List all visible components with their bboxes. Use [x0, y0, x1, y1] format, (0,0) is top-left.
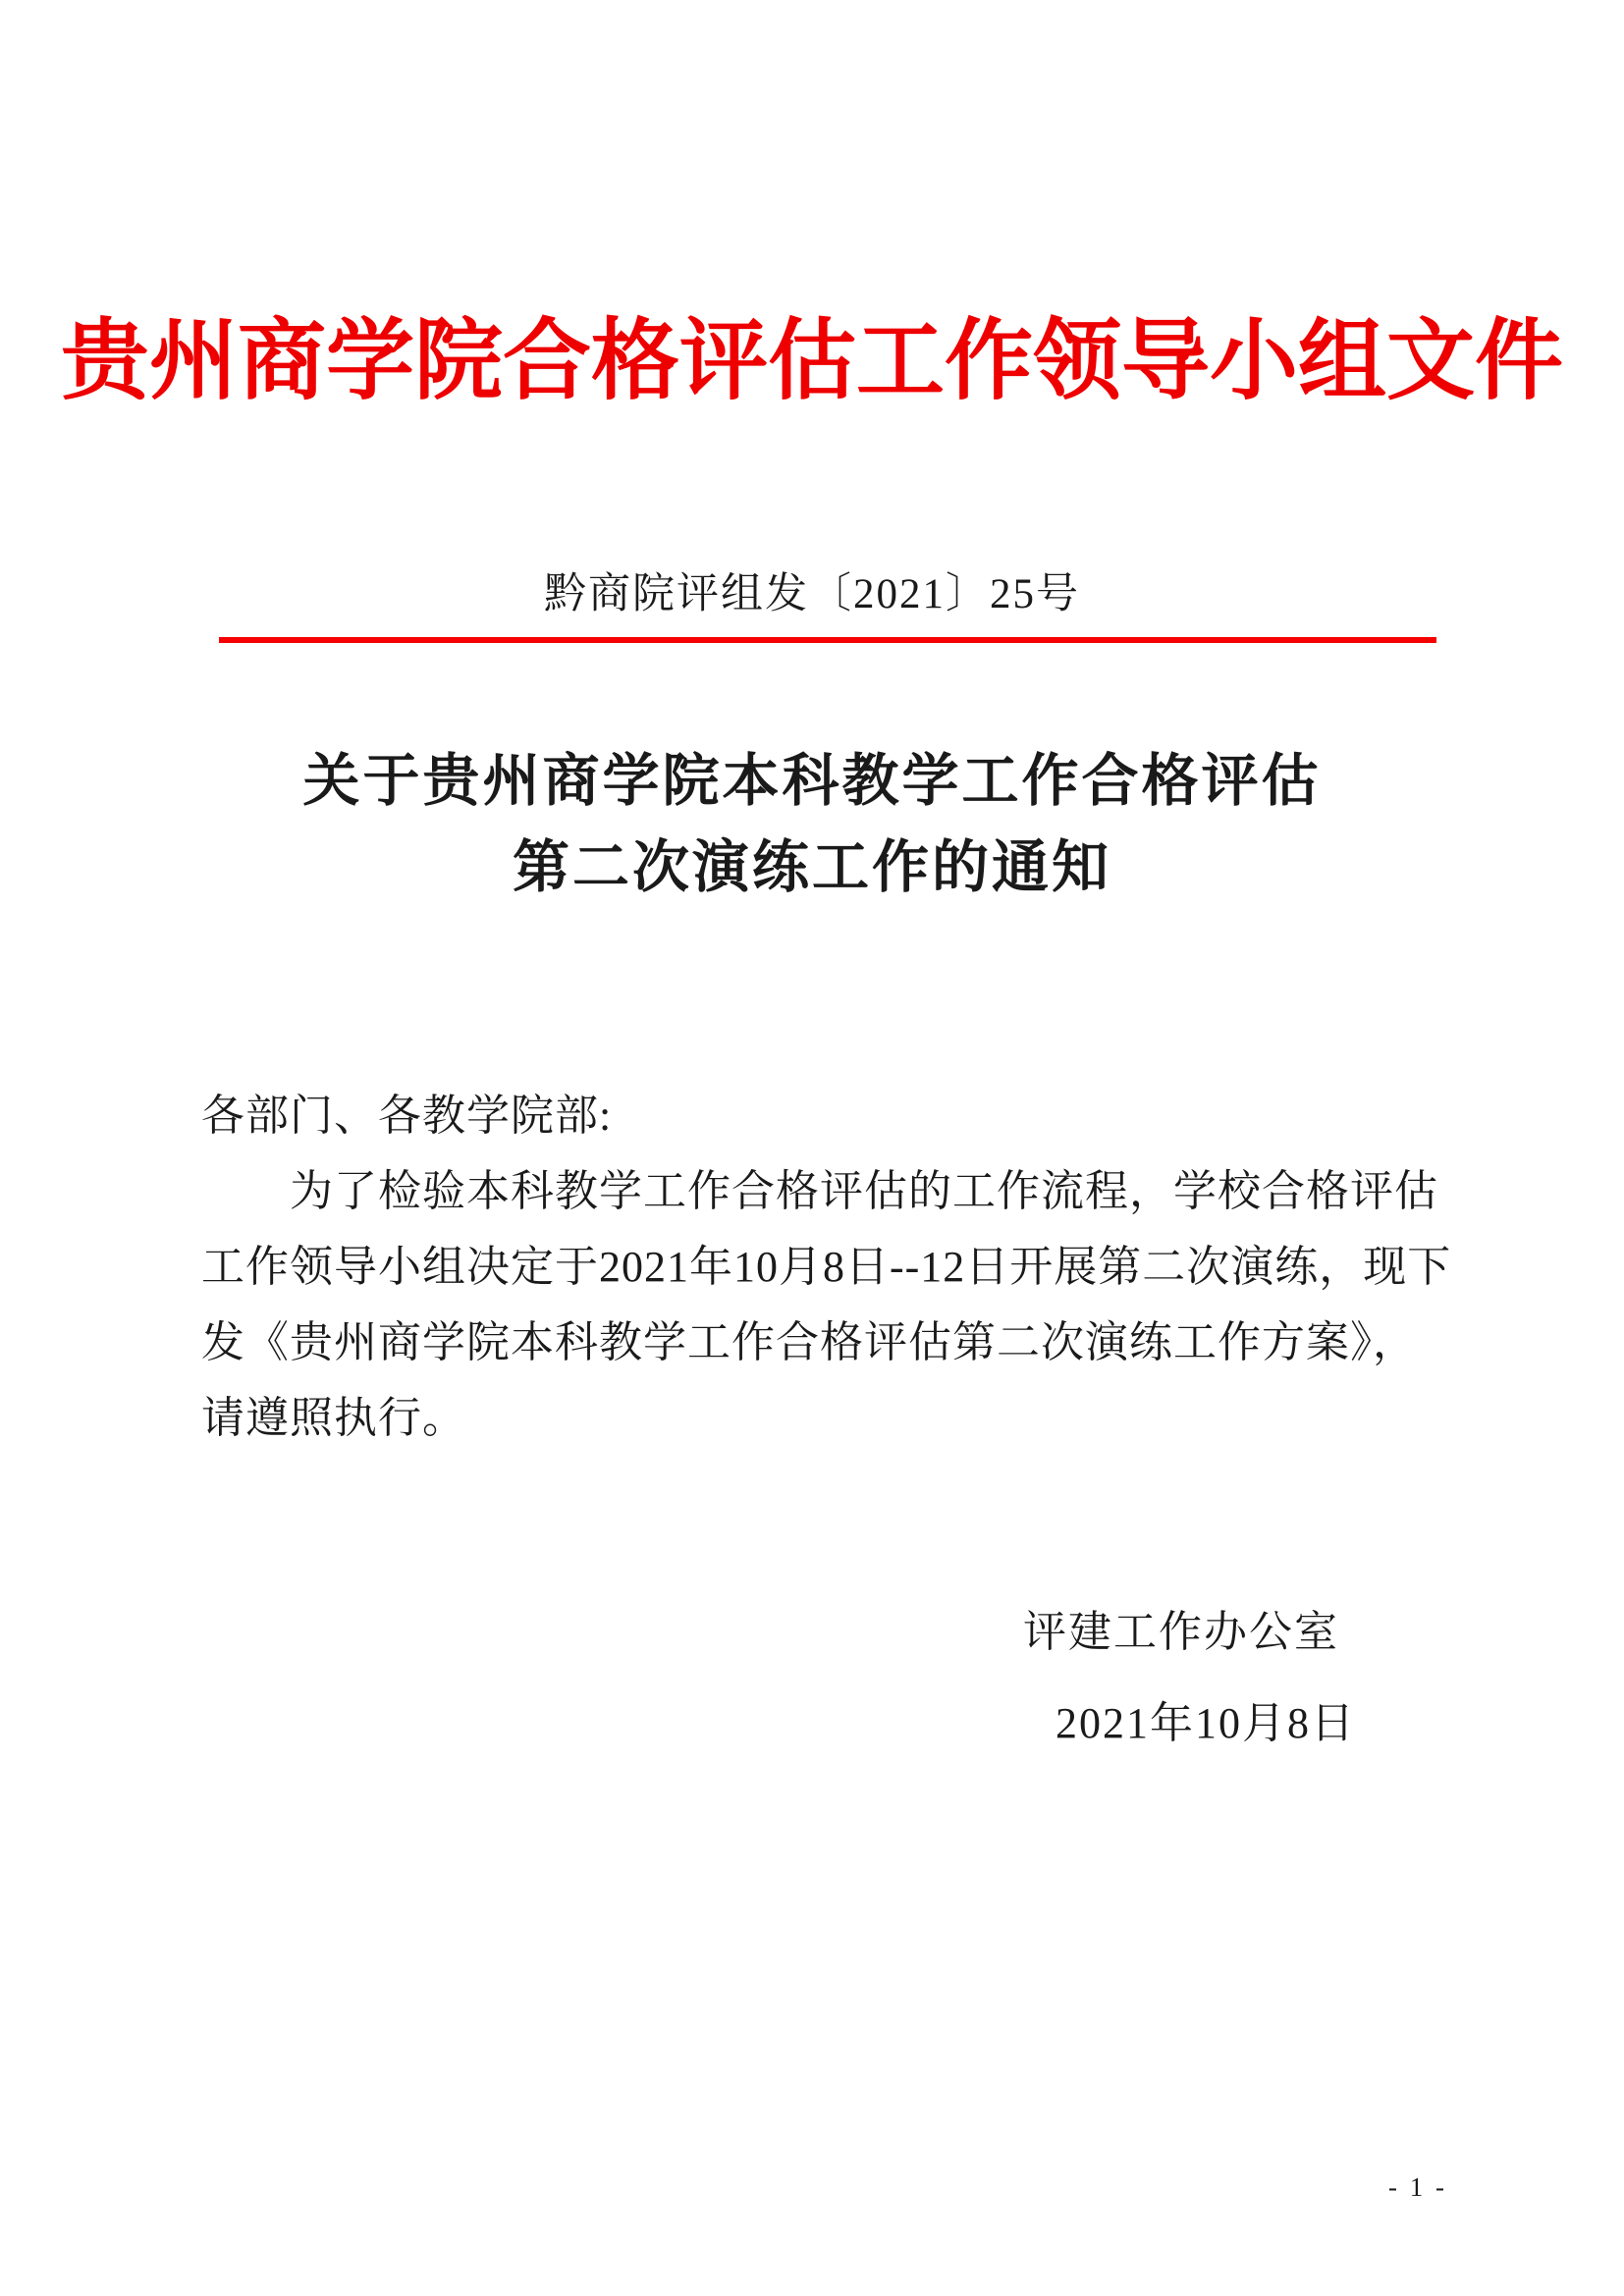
signing-office: 评建工作办公室: [1023, 1603, 1339, 1662]
document-title-line2: 第二次演练工作的通知: [0, 825, 1624, 911]
paragraph-line: 为了检验本科教学工作合格评估的工作流程，学校合格评估: [201, 1153, 1436, 1229]
body-text: 各部门、各教学院部: 为了检验本科教学工作合格评估的工作流程，学校合格评估 工作…: [201, 1078, 1436, 1456]
document-title-line1: 关于贵州商学院本科教学工作合格评估: [0, 738, 1624, 825]
document-number: 黔商院评组发〔2021〕25号: [0, 565, 1624, 624]
signing-date: 2021年10月8日: [1056, 1694, 1356, 1753]
paragraph-line: 工作领导小组决定于2021年10月8日--12日开展第二次演练，现下: [201, 1229, 1436, 1305]
page-number: - 1 -: [1388, 2171, 1447, 2203]
document-title: 关于贵州商学院本科教学工作合格评估 第二次演练工作的通知: [0, 738, 1624, 911]
paragraph-line: 发《贵州商学院本科教学工作合格评估第二次演练工作方案》，: [201, 1305, 1436, 1380]
paragraph-line: 请遵照执行。: [201, 1380, 1436, 1456]
red-letterhead-title: 贵州商学院合格评估工作领导小组文件: [0, 306, 1624, 416]
document-page: 贵州商学院合格评估工作领导小组文件 黔商院评组发〔2021〕25号 关于贵州商学…: [0, 0, 1624, 2296]
red-divider-rule: [219, 637, 1436, 643]
salutation: 各部门、各教学院部:: [201, 1078, 1436, 1153]
